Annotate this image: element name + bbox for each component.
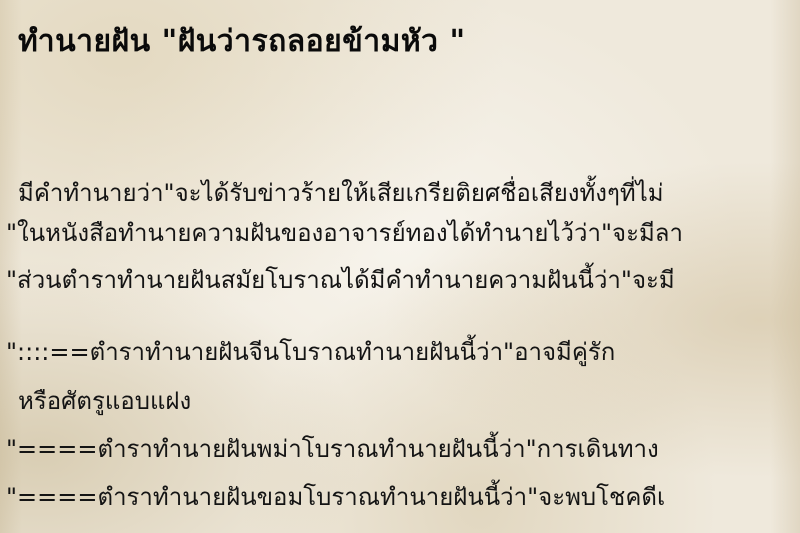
prediction-line: หรือศัตรูแอบแฝง [18, 384, 191, 418]
prediction-line: "====ตำราทำนายฝันพม่าโบราณทำนายฝันนี้ว่า… [6, 432, 659, 466]
prediction-line: "ส่วนตำราทำนายฝันสมัยโบราณได้มีคำทำนายคว… [6, 263, 675, 297]
page-title: ทำนายฝัน "ฝันว่ารถลอยข้ามหัว " [18, 18, 466, 65]
prediction-line: มีคำทำนายว่า"จะได้รับข่าวร้ายให้เสียเกรี… [18, 176, 664, 210]
prediction-line: "::::==ตำราทำนายฝันจีนโบราณทำนายฝันนี้ว่… [6, 335, 615, 369]
prediction-line: "====ตำราทำนายฝันขอมโบราณทำนายฝันนี้ว่า"… [6, 480, 665, 514]
prediction-line: "ในหนังสือทำนายความฝันของอาจารย์ทองได้ทำ… [6, 216, 683, 250]
